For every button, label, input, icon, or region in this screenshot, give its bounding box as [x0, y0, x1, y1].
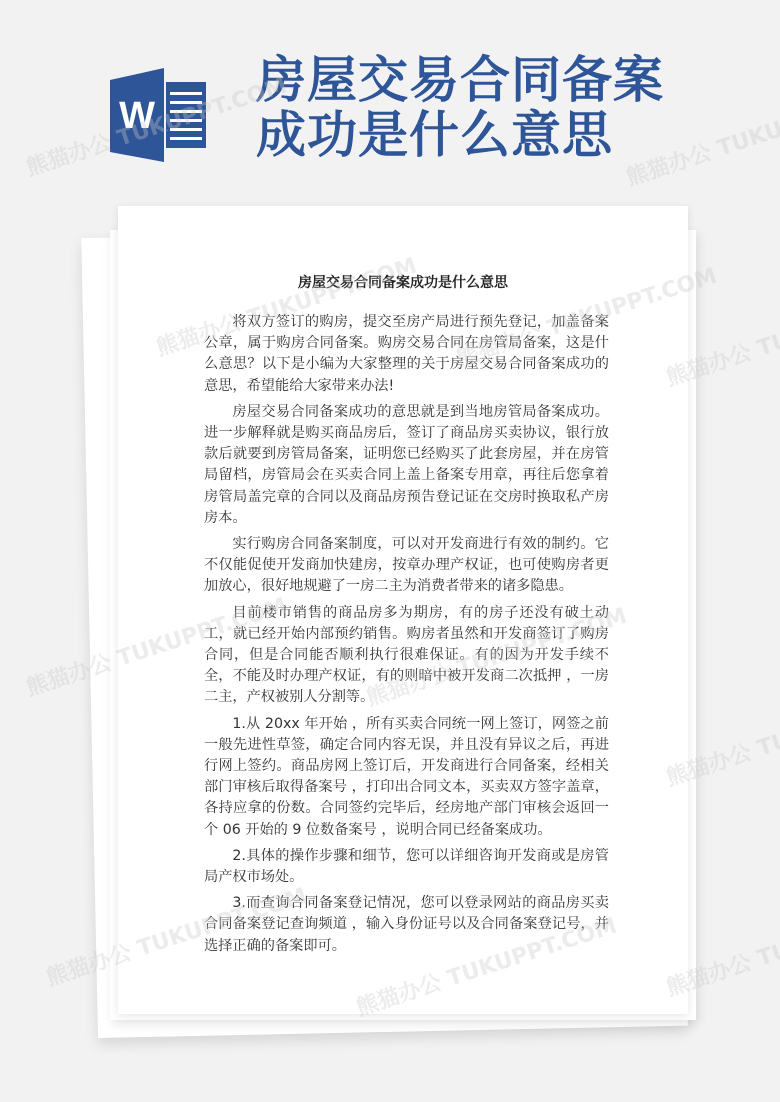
title-line-1: 房屋交易合同备案 — [256, 52, 726, 107]
paragraph: 将双方签订的购房，提交至房产局进行预先登记，加盖备案公章，属于购房合同备案。购房… — [204, 312, 609, 397]
document-page: 房屋交易合同备案成功是什么意思 将双方签订的购房，提交至房产局进行预先登记，加盖… — [118, 206, 688, 1014]
svg-text:W: W — [119, 95, 155, 137]
paragraph: 实行购房合同备案制度，可以对开发商进行有效的制约。它不仅能促使开发商加快建房，按… — [204, 534, 609, 598]
title-line-2: 成功是什么意思 — [256, 107, 726, 162]
paragraph: 2.具体的操作步骤和细节，您可以详细咨询开发商或是房管局产权市场处。 — [204, 846, 609, 888]
word-document-icon: W — [108, 68, 208, 162]
page-title: 房屋交易合同备案 成功是什么意思 — [256, 52, 726, 162]
paragraph: 3.而查询合同备案登记情况，您可以登录网站的商品房买卖合同备案登记查询频道 ，输… — [204, 893, 609, 957]
header: W 房屋交易合同备案 成功是什么意思 — [0, 0, 780, 200]
paragraph: 房屋交易合同备案成功的意思就是到当地房管局备案成功。进一步解释就是购买商品房后，… — [204, 402, 609, 529]
paragraph: 1.从 20xx 年开始 ，所有买卖合同统一网上签订，网签之前一般先进性草签，确… — [204, 714, 609, 841]
document-title: 房屋交易合同备案成功是什么意思 — [118, 272, 688, 292]
paragraph: 目前楼市销售的商品房多为期房，有的房子还没有破土动工，就已经开始内部预约销售。购… — [204, 603, 609, 709]
document-body: 将双方签订的购房，提交至房产局进行预先登记，加盖备案公章，属于购房合同备案。购房… — [204, 312, 609, 962]
